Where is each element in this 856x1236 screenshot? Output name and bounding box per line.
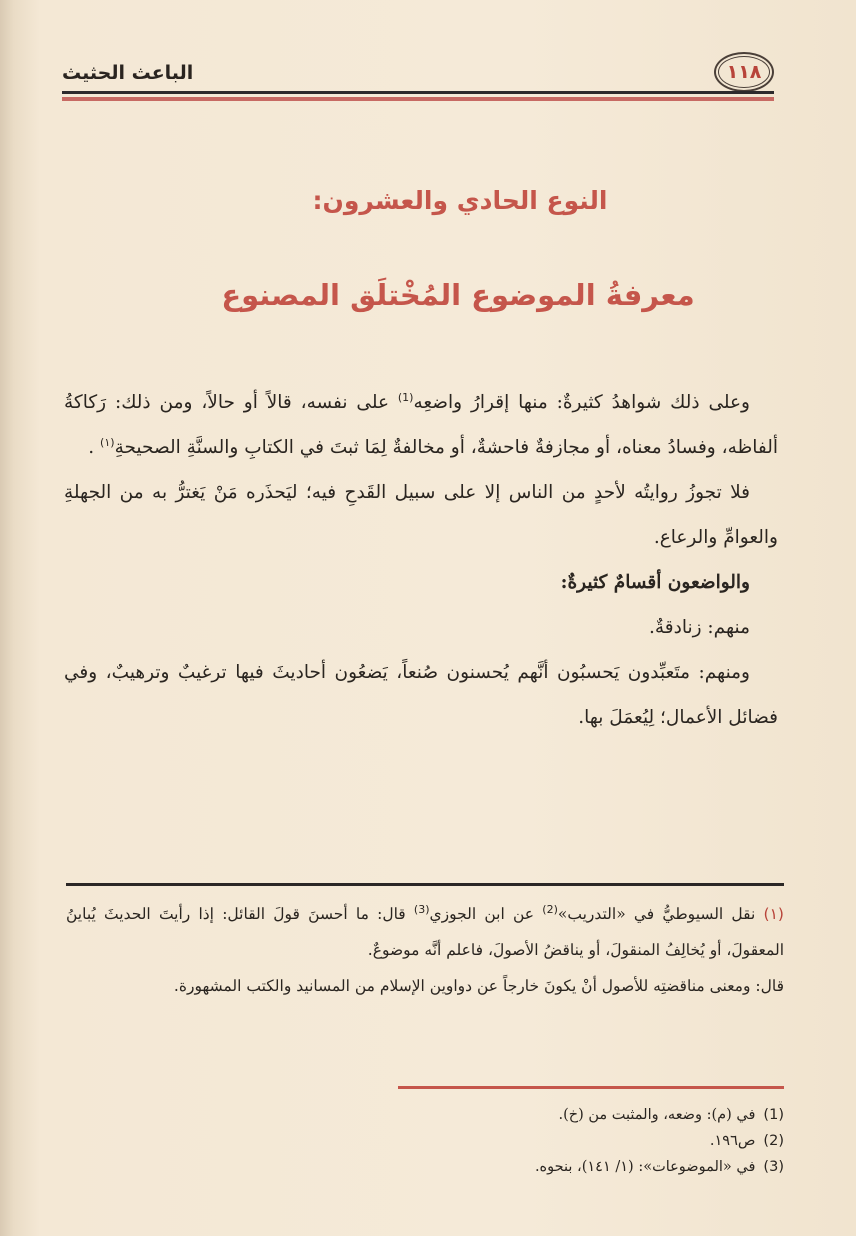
footnote-number: (3) xyxy=(763,1159,784,1175)
page-number-badge: ١١٨ xyxy=(714,52,774,92)
footnote-text: في «الموضوعات»: (١/ ١٤١)، بنحوه. xyxy=(535,1159,755,1175)
book-page: ١١٨ الباعث الحثيث النوع الحادي والعشرون:… xyxy=(0,0,856,1236)
footnote-ref[interactable]: (١) xyxy=(100,436,115,449)
paragraph-text: . xyxy=(88,437,100,458)
book-title: الباعث الحثيث xyxy=(62,62,193,84)
footnote-ref[interactable]: (2) xyxy=(542,903,558,916)
paragraph-1: وعلى ذلك شواهدُ كثيرةٌ: منها إقرارُ واضع… xyxy=(64,380,778,470)
editor-footnote-3: (3)في «الموضوعات»: (١/ ١٤١)، بنحوه. xyxy=(364,1154,784,1180)
paragraph-text: وعلى ذلك شواهدُ كثيرةٌ: منها إقرارُ واضع… xyxy=(413,392,750,413)
header-rule-red xyxy=(62,97,774,101)
footnote-text: ص١٩٦. xyxy=(710,1133,756,1149)
footnote-text: عن ابن الجوزي xyxy=(430,905,543,923)
footnote-ref[interactable]: (1) xyxy=(398,391,414,404)
footnote-ref[interactable]: (3) xyxy=(414,903,430,916)
editor-footnote-1: (1)في (م): وضعه، والمثبت من (خ). xyxy=(364,1102,784,1128)
footnote-number: (2) xyxy=(763,1133,784,1149)
page-number: ١١٨ xyxy=(727,61,762,83)
main-text: وعلى ذلك شواهدُ كثيرةٌ: منها إقرارُ واضع… xyxy=(64,380,778,740)
paragraph-3: والواضعون أقسامٌ كثيرةٌ: xyxy=(64,560,778,605)
paragraph-2: فلا تجوزُ روايتُه لأحدٍ من الناس إلا على… xyxy=(64,470,778,560)
footnote-divider xyxy=(66,883,784,886)
chapter-title: معرفةُ الموضوع المُخْتلَق المصنوع xyxy=(0,278,856,312)
paragraph-4: منهم: زنادقةٌ. xyxy=(64,605,778,650)
footnote-1-continued: قال: ومعنى مناقضتِه للأصول أنْ يكونَ خار… xyxy=(66,968,784,1004)
page-header: ١١٨ الباعث الحثيث xyxy=(62,52,774,102)
paragraph-5: ومنهم: متَعبِّدون يَحسبُون أنَّهم يُحسنو… xyxy=(64,650,778,740)
header-rule-dark xyxy=(62,91,774,94)
footnote-text: في (م): وضعه، والمثبت من (خ). xyxy=(559,1107,756,1123)
footnote-number: (1) xyxy=(763,1107,784,1123)
editor-footnotes: (1)في (م): وضعه، والمثبت من (خ). (2)ص١٩٦… xyxy=(364,1102,784,1180)
footnote-1: (١) نقل السيوطيُّ في «التدريب»(2) عن ابن… xyxy=(66,896,784,968)
editor-footnote-divider xyxy=(398,1086,784,1089)
footnote-number: (١) xyxy=(764,905,784,923)
footnote-text: نقل السيوطيُّ في «التدريب» xyxy=(558,905,764,923)
editor-footnote-2: (2)ص١٩٦. xyxy=(364,1128,784,1154)
author-footnote: (١) نقل السيوطيُّ في «التدريب»(2) عن ابن… xyxy=(66,896,784,1004)
section-heading: النوع الحادي والعشرون: xyxy=(0,186,856,215)
